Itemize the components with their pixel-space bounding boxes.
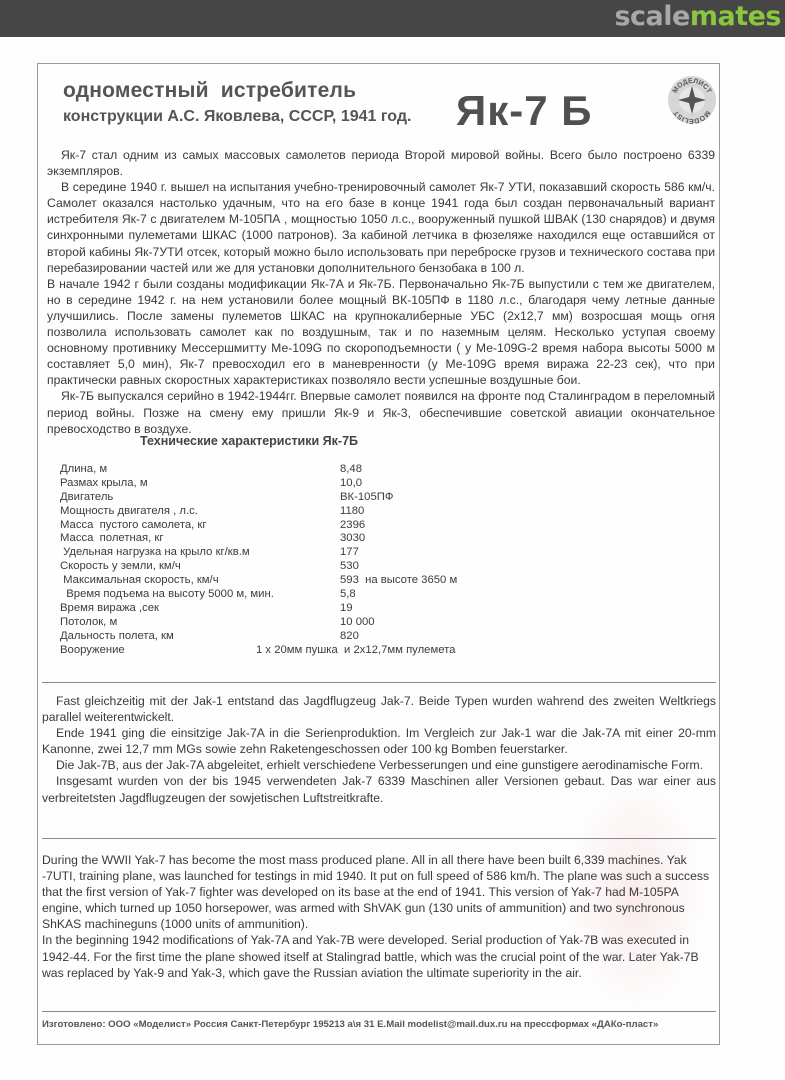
en-paragraph: During the WWII Yak-7 has become the mos… — [42, 852, 716, 932]
spec-row: Максимальная скорость, км/ч593 на высоте… — [60, 574, 510, 588]
spec-label: Удельная нагрузка на крыло кг/кв.м — [60, 546, 250, 560]
spec-label: Время подъема на высоту 5000 м, мин. — [60, 588, 274, 602]
spec-label: Скорость у земли, км/ч — [60, 560, 181, 574]
spec-value: 530 — [340, 560, 359, 574]
compass-star-icon: МОДЕЛИСТ MODELIST — [667, 75, 717, 125]
spec-row: Удельная нагрузка на крыло кг/кв.м177 — [60, 546, 510, 560]
ru-paragraph: В начале 1942 г были созданы модификации… — [47, 276, 715, 389]
spec-row: Размах крыла, м10,0 — [60, 477, 510, 491]
spec-value: 8,48 — [340, 463, 362, 477]
spec-value: 1 х 20мм пушка и 2х12,7мм пулемета — [256, 644, 455, 658]
ru-paragraph: Як-7 стал одним из самых массовых самоле… — [47, 147, 715, 179]
brand-part-scale: scale — [614, 1, 689, 32]
en-paragraph: In the beginning 1942 modifications of Y… — [42, 932, 716, 980]
de-paragraph: Fast gleichzeitig mit der Jak-1 entstand… — [42, 693, 716, 725]
spec-row: ДвигательВК-105ПФ — [60, 491, 510, 505]
german-description: Fast gleichzeitig mit der Jak-1 entstand… — [42, 693, 716, 806]
russian-description: Як-7 стал одним из самых массовых самоле… — [47, 147, 715, 437]
spec-row: Время подъема на высоту 5000 м, мин.5,8 — [60, 588, 510, 602]
subtitle-line-1: одноместный истребитель — [63, 79, 356, 103]
spec-value: ВК-105ПФ — [340, 491, 393, 505]
scalemates-logo[interactable]: scalemates — [614, 0, 781, 37]
spec-label: Длина, м — [60, 463, 107, 477]
spec-row: Скорость у земли, км/ч530 — [60, 560, 510, 574]
spec-row: Потолок, м10 000 — [60, 616, 510, 630]
spec-value: 10 000 — [340, 616, 375, 630]
modelist-logo: МОДЕЛИСТ MODELIST — [667, 75, 717, 125]
spec-value: 3030 — [340, 532, 365, 546]
site-header-bar: scalemates — [0, 0, 785, 37]
spec-label: Максимальная скорость, км/ч — [60, 574, 219, 588]
specs-table: Длина, м8,48Размах крыла, м10,0Двигатель… — [60, 463, 510, 657]
spec-value: 1180 — [340, 505, 364, 519]
section-divider — [42, 682, 716, 683]
ru-paragraph: В середине 1940 г. вышел на испытания уч… — [47, 179, 715, 276]
de-paragraph: Insgesamt wurden von der bis 1945 verwen… — [42, 773, 716, 805]
de-paragraph: Die Jak-7B, aus der Jak-7A abgeleitet, e… — [42, 757, 716, 773]
section-divider — [42, 1011, 716, 1012]
spec-row: Дальность полета, км820 — [60, 630, 510, 644]
spec-value: 5,8 — [340, 588, 356, 602]
ru-paragraph: Як-7Б выпускался серийно в 1942-1944гг. … — [47, 388, 715, 436]
spec-label: Время виража ,сек — [60, 602, 159, 616]
brand-part-mates: mates — [690, 1, 781, 32]
spec-label: Потолок, м — [60, 616, 117, 630]
spec-row: Длина, м8,48 — [60, 463, 510, 477]
spec-row: Время виража ,сек19 — [60, 602, 510, 616]
english-description: During the WWII Yak-7 has become the mos… — [42, 852, 716, 981]
section-divider — [42, 838, 716, 839]
spec-value: 820 — [340, 630, 359, 644]
spec-label: Масса пустого самолета, кг — [60, 519, 207, 533]
model-title: Як-7 Б — [456, 87, 592, 135]
spec-label: Масса полетная, кг — [60, 532, 163, 546]
spec-label: Двигатель — [60, 491, 113, 505]
specs-title: Технические характеристики Як-7Б — [140, 434, 358, 448]
manufacturer-footer: Изготовлено: ООО «Моделист» Россия Санкт… — [42, 1019, 716, 1030]
spec-row: Вооружение1 х 20мм пушка и 2х12,7мм пуле… — [60, 644, 510, 658]
spec-value: 177 — [340, 546, 359, 560]
spec-label: Вооружение — [60, 644, 125, 658]
spec-row: Масса пустого самолета, кг2396 — [60, 519, 510, 533]
spec-label: Мощность двигателя , л.с. — [60, 505, 198, 519]
de-paragraph: Ende 1941 ging die einsitzige Jak-7A in … — [42, 725, 716, 757]
spec-value: 19 — [340, 602, 353, 616]
spec-label: Размах крыла, м — [60, 477, 148, 491]
spec-value: 10,0 — [340, 477, 362, 491]
spec-label: Дальность полета, км — [60, 630, 174, 644]
spec-row: Мощность двигателя , л.с.1180 — [60, 505, 510, 519]
spec-value: 2396 — [340, 519, 365, 533]
spec-value: 593 на высоте 3650 м — [340, 574, 457, 588]
subtitle-line-2: конструкции А.С. Яковлева, СССР, 1941 го… — [63, 108, 411, 126]
spec-row: Масса полетная, кг3030 — [60, 532, 510, 546]
